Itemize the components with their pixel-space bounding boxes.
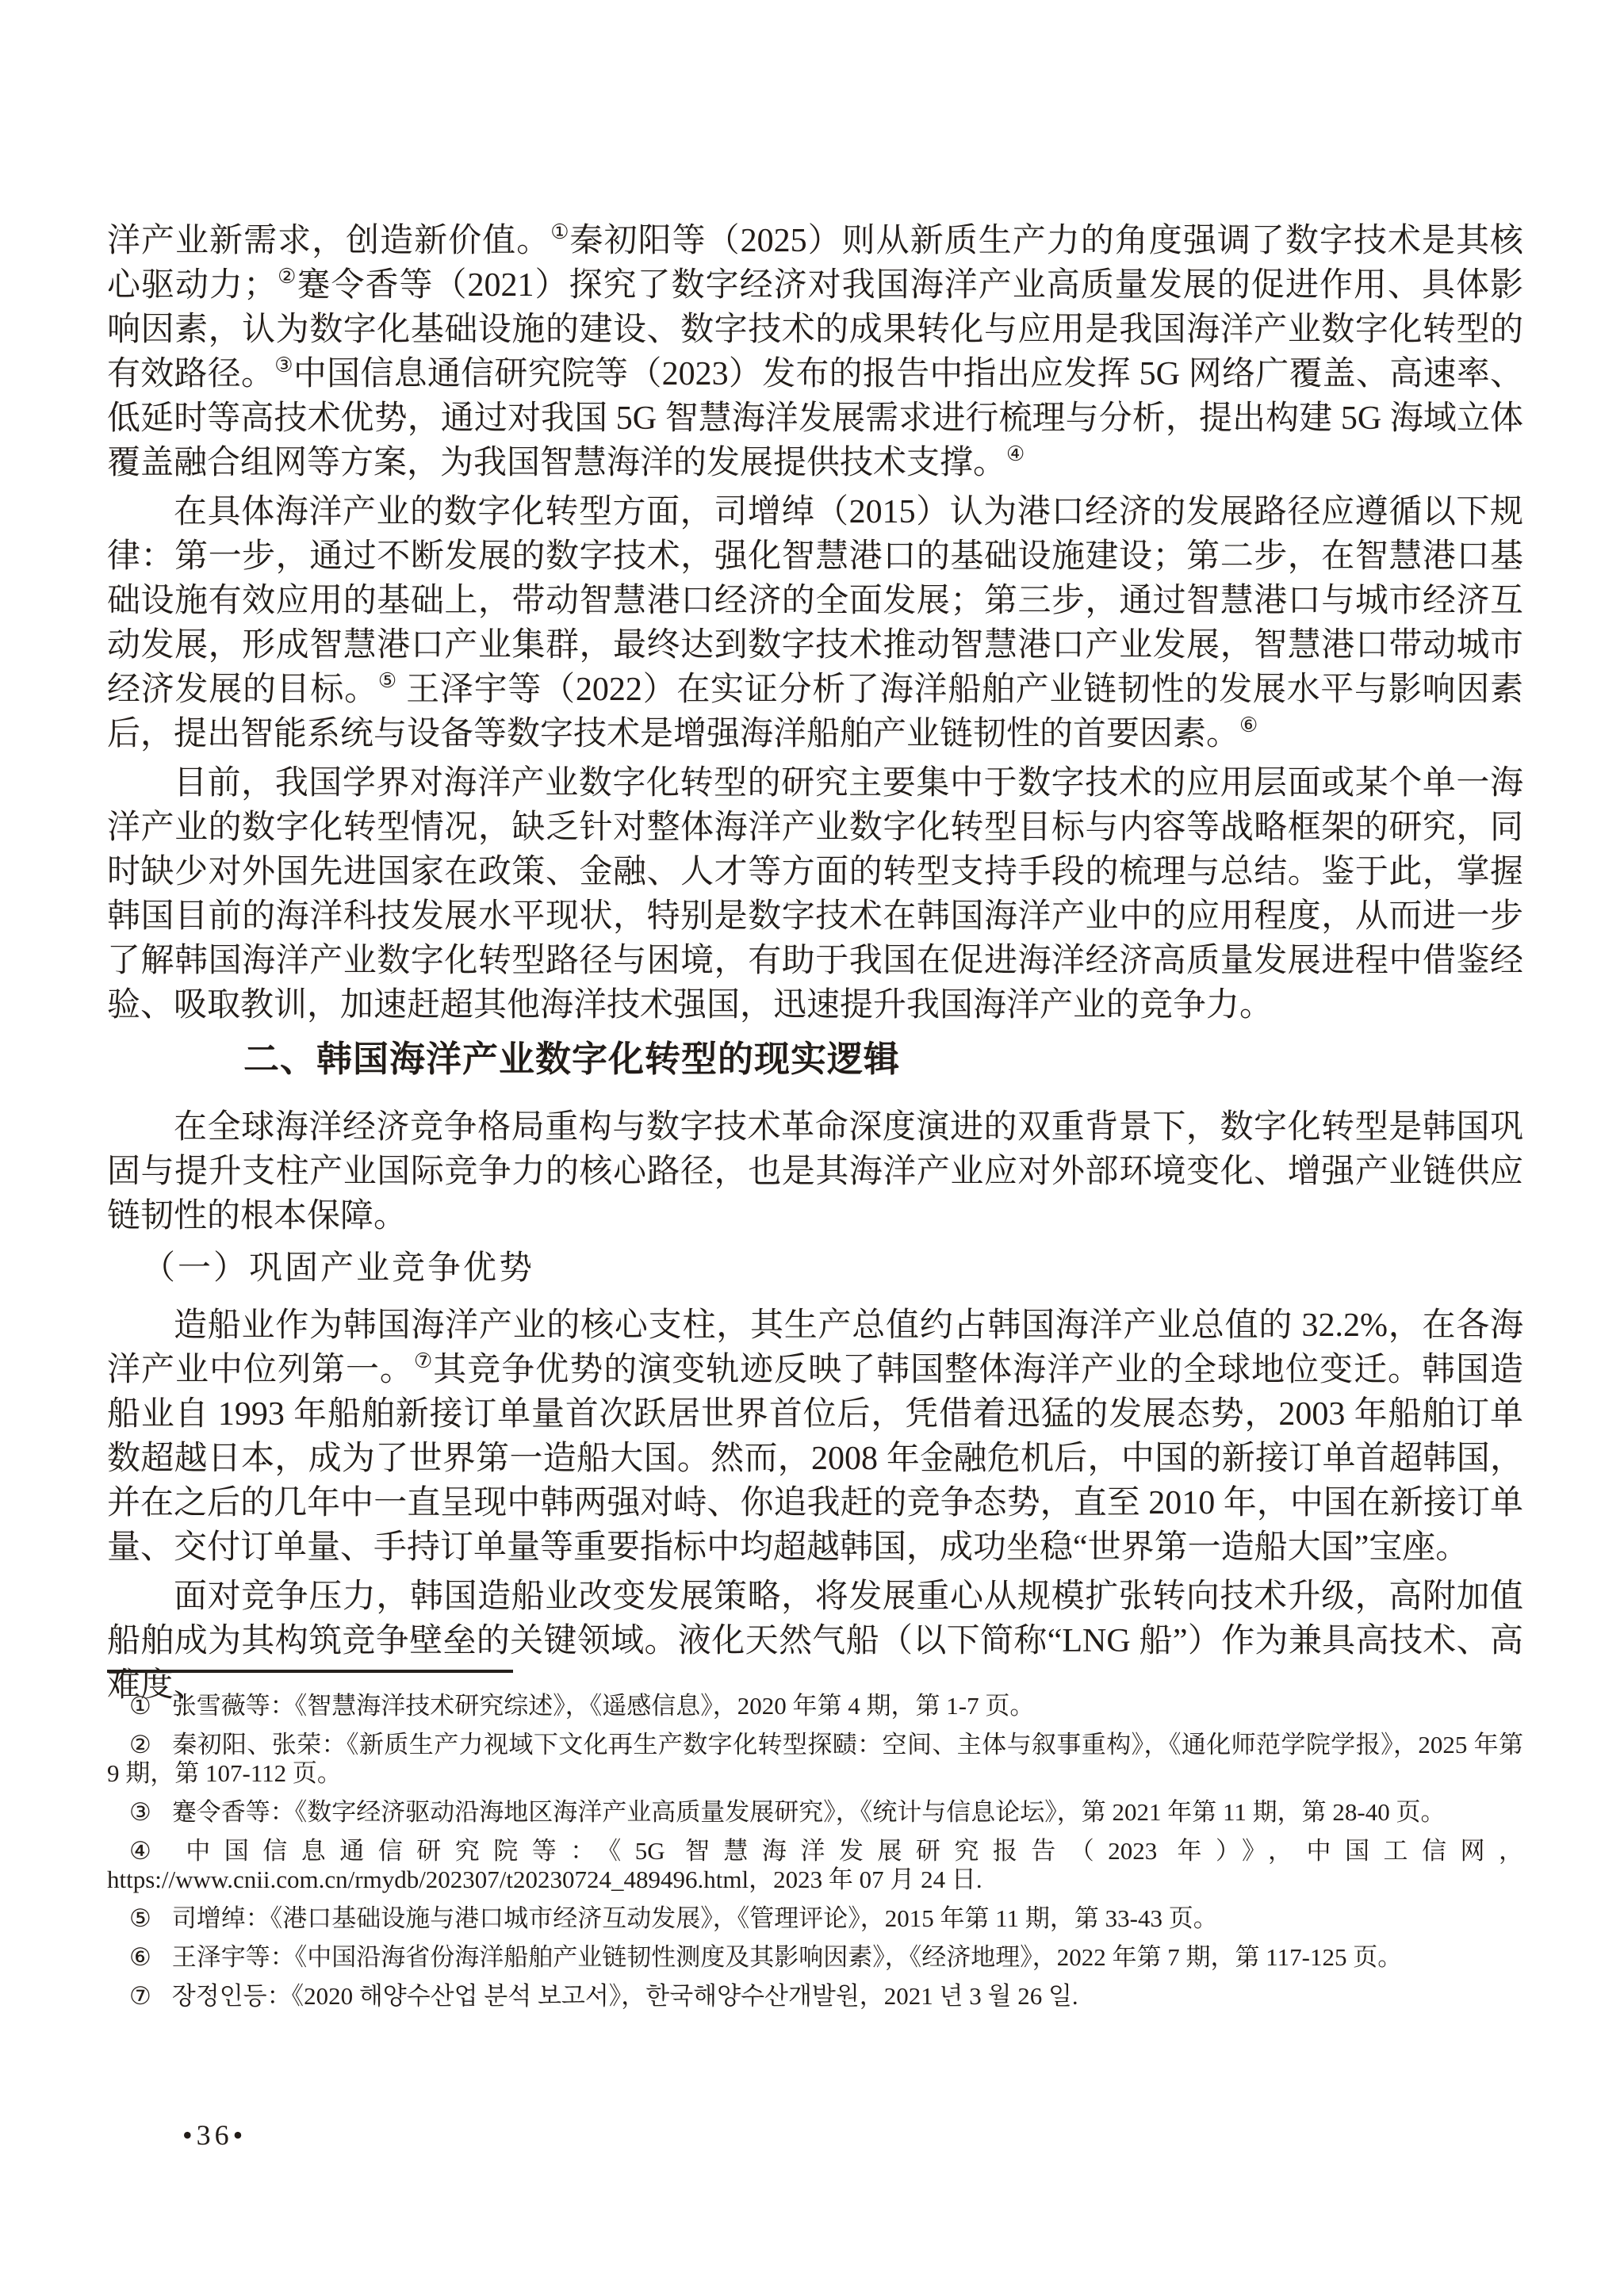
footnote-text: 王泽宇等：《中国沿海省份海洋船舶产业链韧性测度及其影响因素》，《经济地理》，20… [172, 1943, 1402, 1971]
section-heading: 二、韩国海洋产业数字化转型的现实逻辑 [107, 1037, 1523, 1081]
footnote: ②秦初阳、张荣：《新质生产力视域下文化再生产数字化转型探赜：空间、主体与叙事重构… [107, 1731, 1523, 1788]
document-page: 洋产业新需求，创造新价值。①秦初阳等（2025）则从新质生产力的角度强调了数字技… [0, 0, 1624, 2296]
page-number: •36• [182, 2118, 247, 2152]
paragraph: 造船业作为韩国海洋产业的核心支柱，其生产总值约占韩国海洋产业总值的 32.2%，… [107, 1303, 1523, 1570]
text-run: 中国信息通信研究院等（2023）发布的报告中指出应发挥 5G 网络广覆盖、高速率… [107, 356, 1523, 481]
footnote: ⑦장정인등：《2020 해양수산업 분석 보고서》，한국해양수산개발원，2021… [107, 1982, 1523, 2011]
footnote-reference-superscript: ① [550, 220, 569, 243]
text-run: 洋产业新需求，创造新价值。 [107, 223, 550, 259]
footnote-marker: ⑥ [129, 1943, 151, 1972]
paragraph: 在全球海洋经济竞争格局重构与数字技术革命深度演进的双重背景下，数字化转型是韩国巩… [107, 1105, 1523, 1238]
footnote-separator-rule [107, 1670, 513, 1673]
footnote-reference-superscript: ⑦ [414, 1349, 433, 1372]
footnote-text: 中国信息通信研究院等：《5G 智慧海洋发展研究报告（2023 年）》，中国工信网… [107, 1837, 1523, 1893]
footnote-marker: ② [129, 1731, 151, 1759]
footnote-marker: ④ [129, 1837, 151, 1865]
text-run: 在全球海洋经济竞争格局重构与数字技术革命深度演进的双重背景下，数字化转型是韩国巩… [107, 1109, 1523, 1234]
footnote: ③蹇令香等：《数字经济驱动沿海地区海洋产业高质量发展研究》，《统计与信息论坛》，… [107, 1798, 1523, 1827]
footnote-reference-superscript: ⑥ [1239, 714, 1258, 737]
footnote-reference-superscript: ④ [1006, 442, 1025, 465]
article-body: 洋产业新需求，创造新价值。①秦初阳等（2025）则从新质生产力的角度强调了数字技… [107, 219, 1523, 1708]
footnote-text: 장정인등：《2020 해양수산업 분석 보고서》，한국해양수산개발원，2021 … [172, 1982, 1078, 2010]
footnote-text: 秦初阳、张荣：《新质生产力视域下文化再生产数字化转型探赜：空间、主体与叙事重构》… [107, 1731, 1523, 1787]
footnote-reference-superscript: ② [277, 265, 297, 288]
footnote-marker: ③ [129, 1798, 151, 1827]
footnote-reference-superscript: ③ [274, 354, 293, 377]
footnote-text: 张雪薇等：《智慧海洋技术研究综述》，《遥感信息》，2020 年第 4 期，第 1… [172, 1692, 1035, 1720]
footnote-text: 司增绰：《港口基础设施与港口城市经济互动发展》，《管理评论》，2015 年第 1… [172, 1904, 1218, 1932]
footnote: ④中国信息通信研究院等：《5G 智慧海洋发展研究报告（2023 年）》，中国工信… [107, 1837, 1523, 1894]
footnote: ①张雪薇等：《智慧海洋技术研究综述》，《遥感信息》，2020 年第 4 期，第 … [107, 1692, 1523, 1720]
footnote-reference-superscript: ⑤ [378, 669, 397, 692]
footnote-marker: ⑦ [129, 1982, 151, 2011]
paragraph: 洋产业新需求，创造新价值。①秦初阳等（2025）则从新质生产力的角度强调了数字技… [107, 219, 1523, 485]
subsection-heading: （一）巩固产业竞争优势 [107, 1246, 1523, 1291]
footnote: ⑤司增绰：《港口基础设施与港口城市经济互动发展》，《管理评论》，2015 年第 … [107, 1904, 1523, 1933]
paragraph: 目前，我国学界对海洋产业数字化转型的研究主要集中于数字技术的应用层面或某个单一海… [107, 761, 1523, 1027]
text-run: 目前，我国学界对海洋产业数字化转型的研究主要集中于数字技术的应用层面或某个单一海… [107, 765, 1523, 1024]
footnote-text: 蹇令香等：《数字经济驱动沿海地区海洋产业高质量发展研究》，《统计与信息论坛》，第… [172, 1798, 1446, 1826]
footnote: ⑥王泽宇等：《中国沿海省份海洋船舶产业链韧性测度及其影响因素》，《经济地理》，2… [107, 1943, 1523, 1972]
paragraph: 在具体海洋产业的数字化转型方面，司增绰（2015）认为港口经济的发展路径应遵循以… [107, 490, 1523, 756]
footnote-marker: ① [129, 1692, 151, 1720]
footnote-marker: ⑤ [129, 1904, 151, 1933]
footnotes-section: ①张雪薇等：《智慧海洋技术研究综述》，《遥感信息》，2020 年第 4 期，第 … [107, 1670, 1523, 2021]
